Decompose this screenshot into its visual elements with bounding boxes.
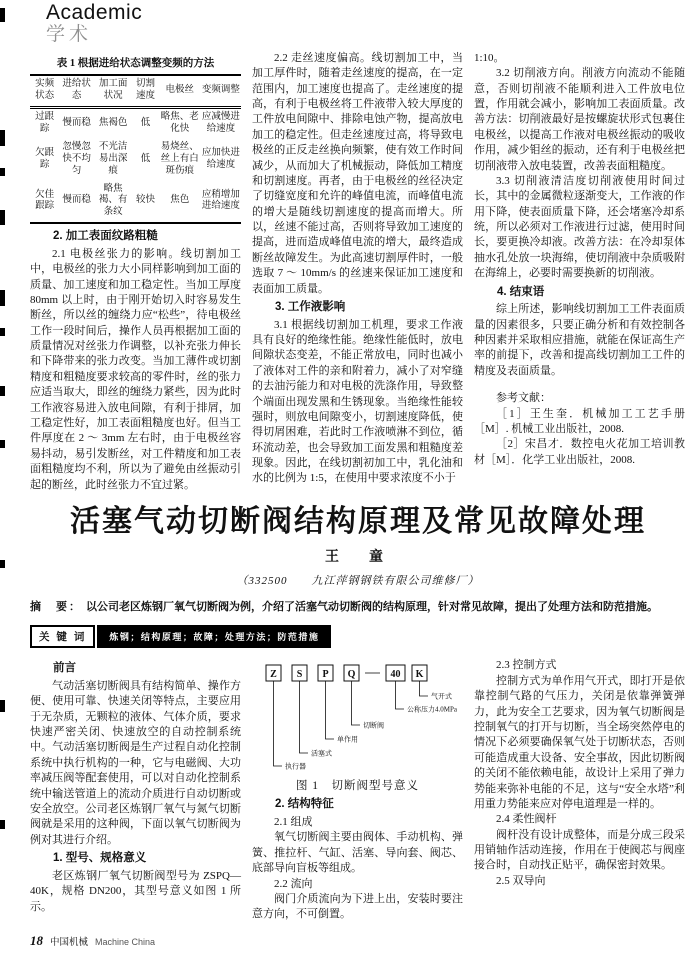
scan-artifact bbox=[0, 8, 5, 22]
section-heading-3: 3. 工作液影响 bbox=[252, 300, 463, 316]
leader-label-k: 气开式 bbox=[431, 692, 452, 701]
table-cell: 慢而稳 bbox=[59, 181, 94, 224]
table-cell: 不光洁易出深痕 bbox=[94, 139, 132, 181]
leader-label-q: 切断阀 bbox=[363, 721, 384, 730]
reference-item: ［1］王生奎．机械加工工艺手册［M］. 机械工业出版社，2008. bbox=[474, 407, 685, 438]
subsection-line: 2.5 双导向 bbox=[474, 874, 685, 889]
keywords-row: 关 键 词 炼钢；结构原理；故障；处理方法；防范措施 bbox=[30, 625, 331, 648]
body-paragraph: 1:10。 bbox=[474, 51, 685, 66]
table-row: 欠跟踪 忽慢忽快不均匀 不光洁易出深痕 低 易烧丝、丝上有白斑伤痕 应加快进给速… bbox=[30, 139, 241, 181]
leader-line-z bbox=[274, 681, 283, 766]
section-heading-2: 2. 加工表面纹路粗糙 bbox=[30, 229, 241, 245]
article-title: 活塞气动切断阀结构原理及常见故障处理 bbox=[30, 505, 686, 538]
scan-artifact bbox=[0, 210, 5, 225]
scan-artifact bbox=[0, 386, 5, 396]
leader-label-s: 活塞式 bbox=[311, 749, 332, 758]
body-paragraph: 老区炼钢厂氧气切断阀型号为 ZSPQ—40K，规格 DN200，其型号意义如图 … bbox=[30, 869, 241, 915]
table1-header-cell: 实频状态 bbox=[30, 75, 59, 107]
body-paragraph: 气动活塞切断阀具有结构简单、操作方便、使用可靠、快速关闭等特点，主要应用于无杂质… bbox=[30, 679, 241, 848]
body-paragraph: 阀杆没有设计成整体，而是分成三段采用销轴作活动连接，作用在于使阀芯与阀座接合时，… bbox=[474, 828, 685, 874]
model-code-letter: P bbox=[322, 669, 328, 680]
body-paragraph: 3.1 根据线切割加工机理，要求工作液具有良好的绝缘性能。绝缘性能低时，放电间隙… bbox=[252, 318, 463, 487]
subsection-line: 2.4 柔性阀杆 bbox=[474, 812, 685, 827]
references-heading: 参考文献： bbox=[474, 391, 685, 406]
model-code-number: 40 bbox=[391, 669, 401, 680]
table-cell: 应加快进给速度 bbox=[201, 139, 241, 181]
page-number: 18 bbox=[30, 933, 43, 949]
top-column-3: 1:10。 3.2 切削液方向。削液方向流动不能随意，否则切削液不能顺利进入工件… bbox=[474, 51, 685, 493]
scan-artifact bbox=[0, 328, 5, 336]
article-affiliation: （332500 九江萍钢钢铁有限公司维修厂） bbox=[30, 572, 686, 588]
article-abstract: 摘 要：以公司老区炼钢厂氧气切断阀为例，介绍了活塞气动切断阀的结构原理，针对常见… bbox=[30, 600, 686, 615]
table1-header-cell: 进给状态 bbox=[59, 75, 94, 107]
journal-section-cn: 学术 bbox=[46, 24, 686, 47]
table-cell: 欠跟踪 bbox=[30, 139, 59, 181]
table-cell: 欠佳跟踪 bbox=[30, 181, 59, 224]
table1-header-cell: 变频调整 bbox=[201, 75, 241, 107]
scan-artifact bbox=[0, 290, 5, 306]
figure1-model-code-diagram: Z S P Q 40 K 气开式 公称压力4.0MPa 切断阀 单作用 bbox=[252, 662, 463, 774]
body-paragraph: 阀门介质流向为下进上出，安装时要注意方向，不可倒置。 bbox=[252, 892, 463, 923]
table-cell: 低 bbox=[132, 108, 159, 139]
table1-header-cell: 加工面状况 bbox=[94, 75, 132, 107]
table-row: 欠佳跟踪 慢而稳 略焦褐、有条纹 较快 焦色 应稍增加进给速度 bbox=[30, 181, 241, 224]
table-cell: 忽慢忽快不均匀 bbox=[59, 139, 94, 181]
leader-line-p bbox=[326, 681, 335, 739]
leader-label-p: 单作用 bbox=[337, 735, 358, 744]
article-author: 王 童 bbox=[30, 546, 686, 566]
body-paragraph: 综上所述，影响线切割加工工件表面质量的因素很多，只要正确分析和有效控制各种因素并… bbox=[474, 302, 685, 379]
bottom-column-2: Z S P Q 40 K 气开式 公称压力4.0MPa 切断阀 单作用 bbox=[252, 658, 463, 922]
top-article-columns: 表 1 根据进给状态调整变频的方法 实频状态 进给状态 加工面状况 切割速度 电… bbox=[30, 51, 686, 493]
subsection-line: 2.1 组成 bbox=[252, 815, 463, 830]
subsection-line: 2.2 流向 bbox=[252, 877, 463, 892]
table-cell: 略焦褐、有条纹 bbox=[94, 181, 132, 224]
masthead: Academic 学术 bbox=[46, 2, 686, 47]
body-paragraph: 2.1 电极丝张力的影响。线切割加工中，电极丝的张力大小同样影响到加工面的质量、… bbox=[30, 247, 241, 493]
leader-label-z: 执行器 bbox=[285, 762, 306, 771]
journal-name-en: Machine China bbox=[95, 937, 155, 947]
table-cell: 焦色 bbox=[159, 181, 201, 224]
top-column-1: 表 1 根据进给状态调整变频的方法 实频状态 进给状态 加工面状况 切割速度 电… bbox=[30, 51, 241, 493]
body-paragraph: 3.3 切削液清洁度切削液使用时间过长，其中的金属微粒逐渐变大，工作液的作用下降… bbox=[474, 174, 685, 282]
scan-artifact bbox=[0, 440, 5, 448]
table1-frequency-adjustment: 实频状态 进给状态 加工面状况 切割速度 电极丝 变频调整 过跟踪 慢而稳 焦褐… bbox=[30, 74, 241, 224]
page-footer: 18 中国机械 Machine China bbox=[30, 933, 155, 949]
leader-label-40: 公称压力4.0MPa bbox=[407, 705, 458, 714]
table-cell: 焦褐色 bbox=[94, 108, 132, 139]
body-paragraph: 控制方式为单作用气开式，即打开是依靠控制气路的气压力，关闭是依靠弹簧弹力，此为安… bbox=[474, 674, 685, 813]
bottom-article-columns: 前言 气动活塞切断阀具有结构简单、操作方便、使用可靠、快速关闭等特点，主要应用于… bbox=[30, 658, 686, 922]
scan-artifact bbox=[0, 700, 5, 712]
body-paragraph: 氧气切断阀主要由阀体、手动机构、弹簧、推拉杆、气缸、活塞、导向套、阀芯、底部导向… bbox=[252, 830, 463, 876]
journal-section-en: Academic bbox=[46, 2, 686, 23]
keywords-label: 关 键 词 bbox=[30, 625, 95, 648]
reference-item: ［2］宋昌才．数控电火花加工培训教材［M］．化学工业出版社，2008. bbox=[474, 437, 685, 468]
preface-heading: 前言 bbox=[30, 661, 241, 677]
table1-header: 实频状态 进给状态 加工面状况 切割速度 电极丝 变频调整 bbox=[30, 75, 241, 107]
model-code-letter: K bbox=[416, 669, 424, 680]
subsection-line: 2.3 控制方式 bbox=[474, 658, 685, 673]
model-code-letter: Z bbox=[270, 669, 277, 680]
journal-page: Academic 学术 表 1 根据进给状态调整变频的方法 实频状态 进给状态 … bbox=[0, 0, 700, 923]
section-heading-1: 1. 型号、规格意义 bbox=[30, 851, 241, 867]
table-cell: 过跟踪 bbox=[30, 108, 59, 139]
scan-artifact bbox=[0, 560, 5, 568]
journal-name-cn: 中国机械 bbox=[50, 934, 88, 948]
bottom-column-1: 前言 气动活塞切断阀具有结构简单、操作方便、使用可靠、快速关闭等特点，主要应用于… bbox=[30, 658, 241, 922]
body-paragraph: 2.2 走丝速度偏高。线切割加工中，当加工厚件时，随着走丝速度的提高，在一定范围… bbox=[252, 51, 463, 297]
figure1-caption: 图 1 切断阀型号意义 bbox=[252, 778, 463, 794]
leader-line-40 bbox=[396, 681, 405, 709]
table1-header-cell: 电极丝 bbox=[159, 75, 201, 107]
model-code-letter: S bbox=[297, 669, 303, 680]
abstract-text: 以公司老区炼钢厂氧气切断阀为例，介绍了活塞气动切断阀的结构原理，针对常见故障，提… bbox=[86, 601, 658, 613]
section-heading-structure: 2. 结构特征 bbox=[252, 797, 463, 813]
body-paragraph: 3.2 切削液方向。削液方向流动不能随意，否则切削液不能顺利进入工件放电位置，作… bbox=[474, 66, 685, 174]
leader-line-k bbox=[420, 681, 429, 696]
leader-line-q bbox=[352, 681, 361, 725]
section-heading-4: 4. 结束语 bbox=[474, 285, 685, 301]
leader-line-s bbox=[300, 681, 309, 753]
table-cell: 慢而稳 bbox=[59, 108, 94, 139]
abstract-label: 摘 要： bbox=[30, 601, 82, 613]
top-column-2: 2.2 走丝速度偏高。线切割加工中，当加工厚件时，随着走丝速度的提高，在一定范围… bbox=[252, 51, 463, 493]
scan-artifact bbox=[0, 820, 5, 829]
table-cell: 易烧丝、丝上有白斑伤痕 bbox=[159, 139, 201, 181]
table-cell: 应减慢进给速度 bbox=[201, 108, 241, 139]
table-cell: 略焦、老化快 bbox=[159, 108, 201, 139]
table-cell: 较快 bbox=[132, 181, 159, 224]
table1-header-cell: 切割速度 bbox=[132, 75, 159, 107]
table-row: 过跟踪 慢而稳 焦褐色 低 略焦、老化快 应减慢进给速度 bbox=[30, 108, 241, 139]
table-cell: 应稍增加进给速度 bbox=[201, 181, 241, 224]
table-cell: 低 bbox=[132, 139, 159, 181]
table1-title: 表 1 根据进给状态调整变频的方法 bbox=[30, 57, 241, 72]
scan-artifact bbox=[0, 168, 5, 176]
bottom-column-3: 2.3 控制方式 控制方式为单作用气开式，即打开是依靠控制气路的气压力，关闭是依… bbox=[474, 658, 685, 922]
scan-artifact bbox=[0, 130, 5, 146]
keywords-bar: 炼钢；结构原理；故障；处理方法；防范措施 bbox=[97, 625, 331, 648]
model-code-letter: Q bbox=[348, 669, 356, 680]
